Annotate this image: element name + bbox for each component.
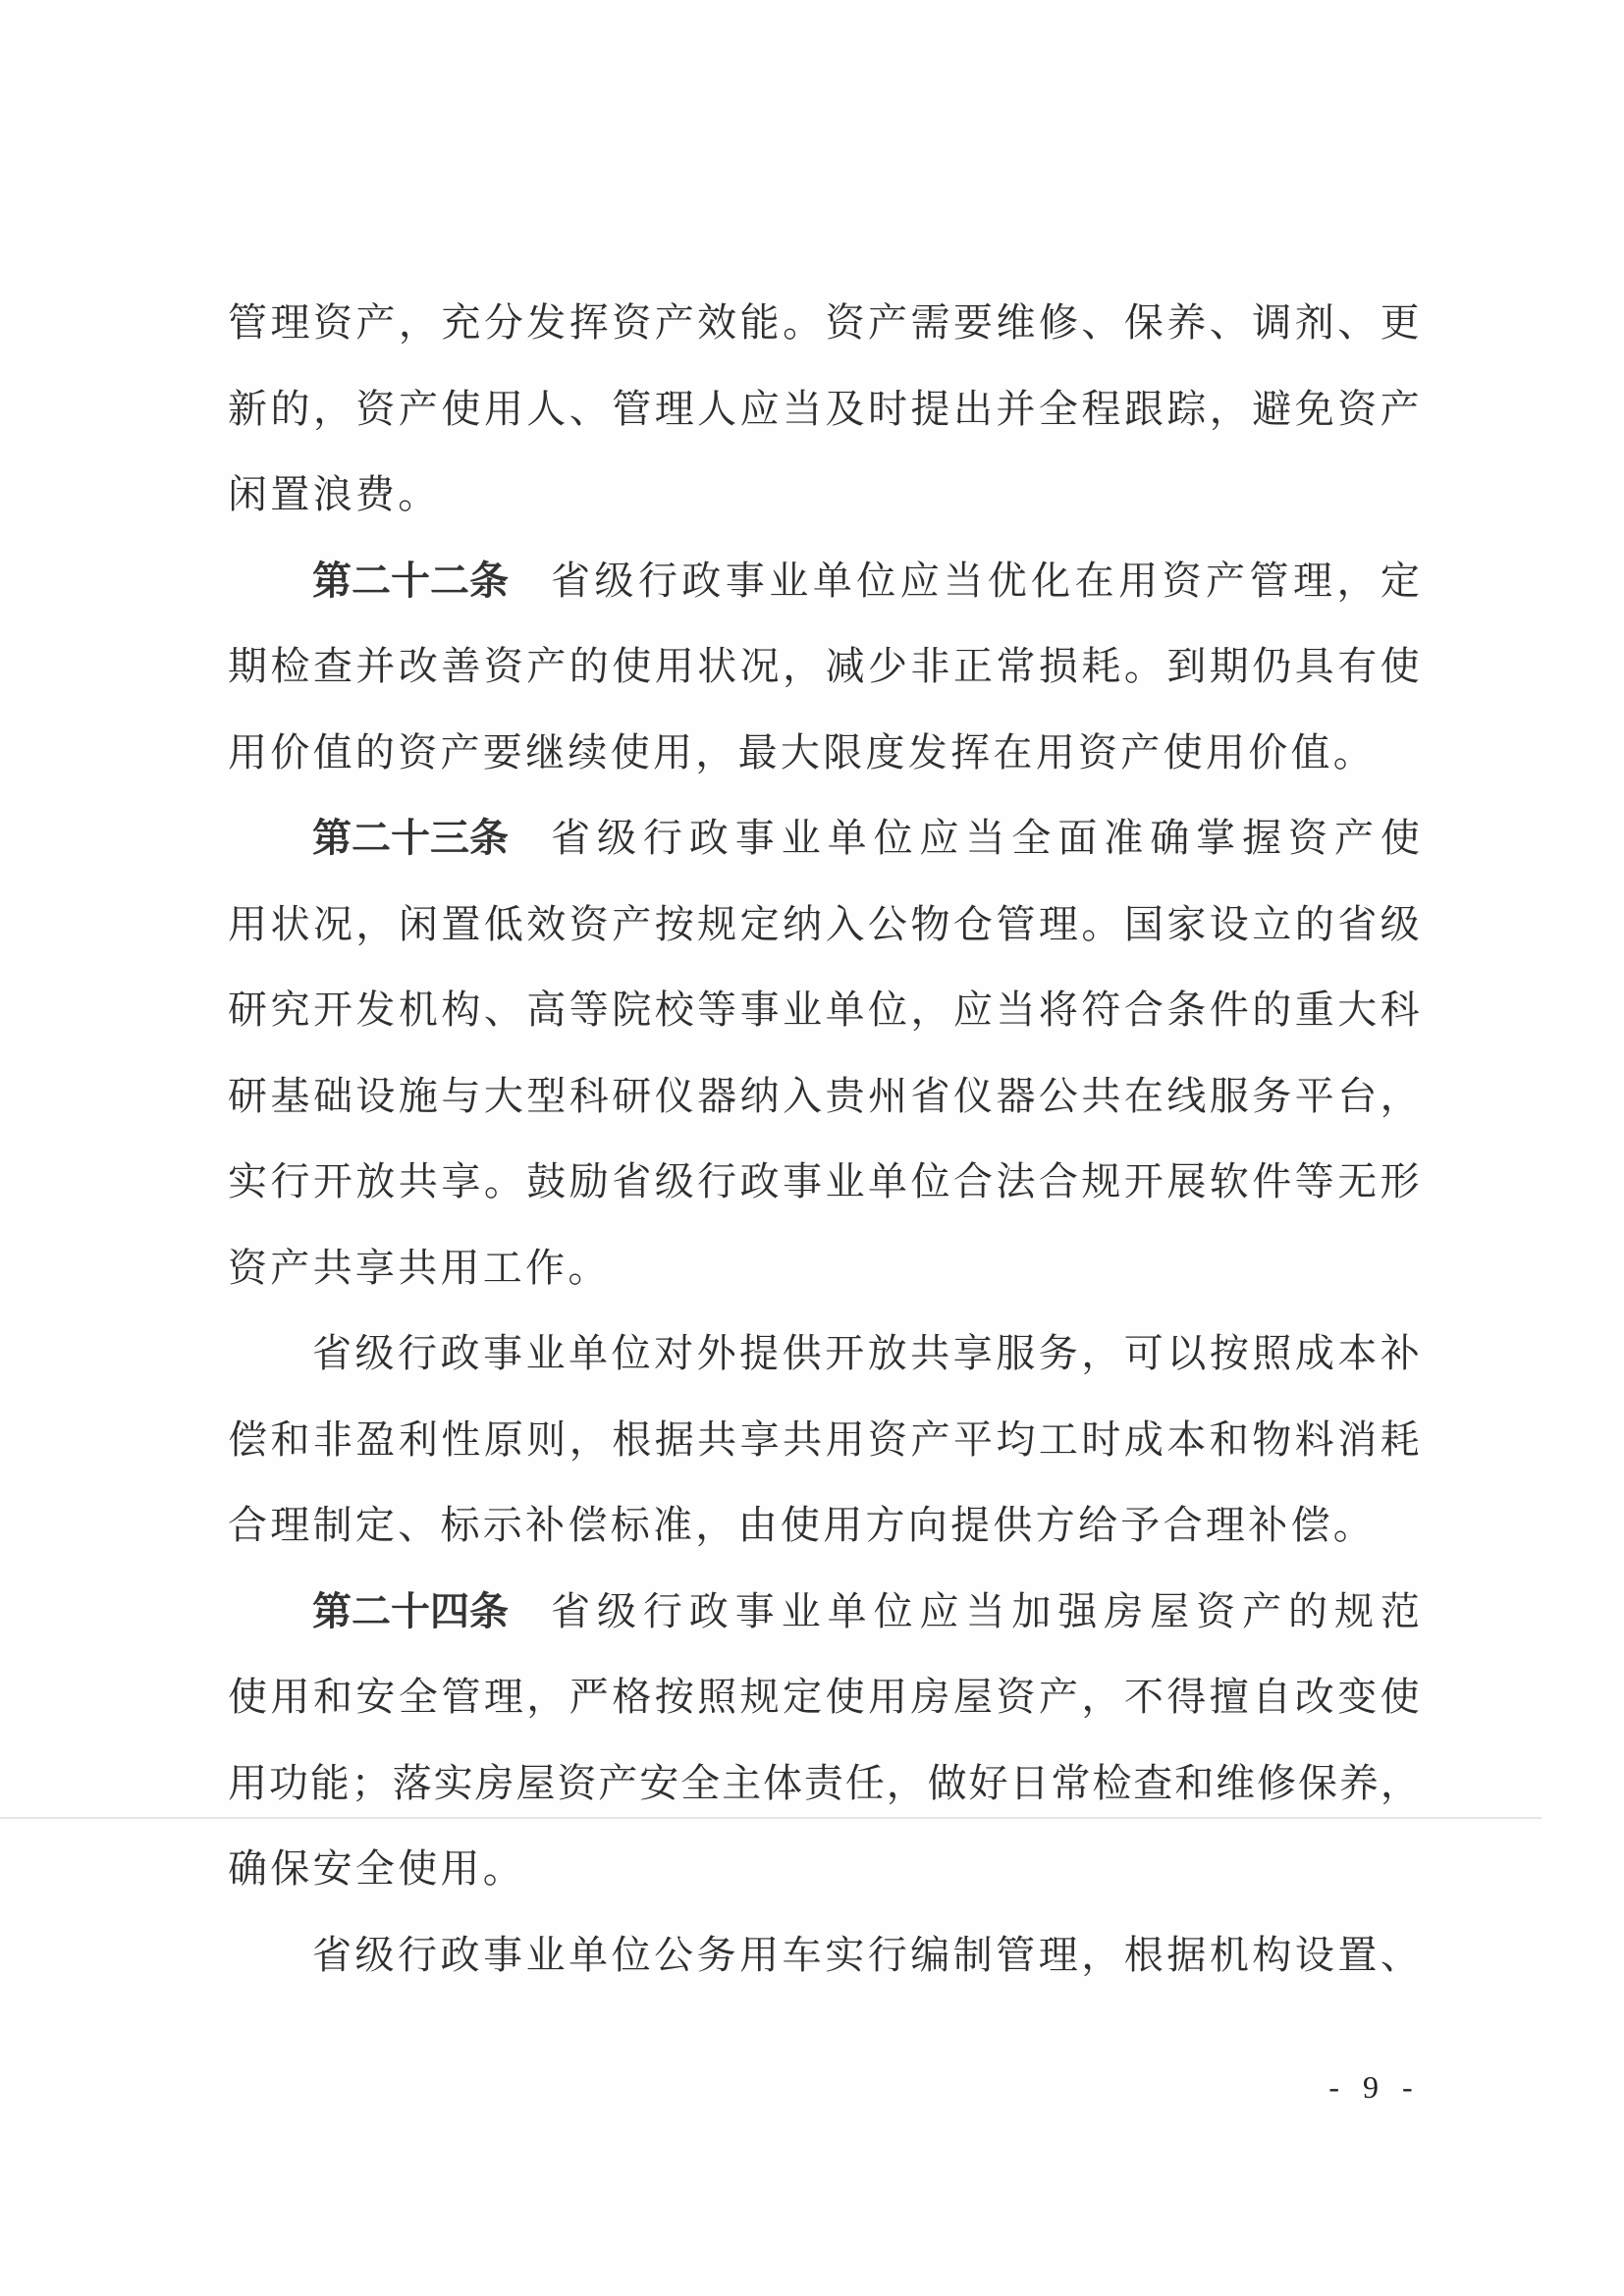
- article-number: 第二十三条: [312, 796, 509, 882]
- line-text: 使用和安全管理，严格按照规定使用房屋资产，不得擅自改变使: [228, 1655, 1420, 1741]
- text-line: 实行开放共享。鼓励省级行政事业单位合法合规开展软件等无形: [228, 1140, 1420, 1226]
- text-line: 省级行政事业单位对外提供开放共享服务，可以按照成本补: [228, 1311, 1420, 1398]
- text-line: 研基础设施与大型科研仪器纳入贵州省仪器公共在线服务平台，: [228, 1054, 1420, 1141]
- line-text: 偿和非盈利性原则，根据共享共用资产平均工时成本和物料消耗: [228, 1398, 1420, 1484]
- text-line: 确保安全使用。: [228, 1827, 1420, 1913]
- line-text: 资产共享共用工作。: [228, 1226, 611, 1312]
- line-text: 省级行政事业单位应当优化在用资产管理，定: [551, 539, 1420, 625]
- text-line: 期检查并改善资产的使用状况，减少非正常损耗。到期仍具有使: [228, 624, 1420, 711]
- line-text: 省级行政事业单位对外提供开放共享服务，可以按照成本补: [312, 1311, 1420, 1398]
- line-text: 用功能；落实房屋资产安全主体责任，做好日常检查和维修保养，: [228, 1741, 1420, 1828]
- scan-artifact-line: [0, 1817, 1542, 1819]
- article-heading-line: 第二十三条省级行政事业单位应当全面准确掌握资产使: [228, 796, 1420, 882]
- text-line: 资产共享共用工作。: [228, 1226, 1420, 1312]
- text-line: 偿和非盈利性原则，根据共享共用资产平均工时成本和物料消耗: [228, 1398, 1420, 1484]
- line-text: 用状况，闲置低效资产按规定纳入公物仓管理。国家设立的省级: [228, 882, 1420, 969]
- document-page: 管理资产，充分发挥资产效能。资产需要维修、保养、调剂、更新的，资产使用人、管理人…: [0, 0, 1624, 2296]
- article-heading-line: 第二十四条省级行政事业单位应当加强房屋资产的规范: [228, 1570, 1420, 1656]
- text-line: 用功能；落实房屋资产安全主体责任，做好日常检查和维修保养，: [228, 1741, 1420, 1828]
- text-line: 省级行政事业单位公务用车实行编制管理，根据机构设置、: [228, 1913, 1420, 2000]
- line-text: 省级行政事业单位公务用车实行编制管理，根据机构设置、: [312, 1913, 1420, 2000]
- scan-artifact-patch: [206, 2040, 685, 2185]
- text-line: 研究开发机构、高等院校等事业单位，应当将符合条件的重大科: [228, 968, 1420, 1054]
- line-text: 闲置浪费。: [228, 453, 441, 539]
- line-text: 省级行政事业单位应当全面准确掌握资产使: [551, 796, 1420, 882]
- text-line: 闲置浪费。: [228, 453, 1420, 539]
- text-line: 用状况，闲置低效资产按规定纳入公物仓管理。国家设立的省级: [228, 882, 1420, 969]
- line-text: 期检查并改善资产的使用状况，减少非正常损耗。到期仍具有使: [228, 624, 1420, 711]
- line-text: 管理资产，充分发挥资产效能。资产需要维修、保养、调剂、更: [228, 281, 1420, 367]
- line-text: 研基础设施与大型科研仪器纳入贵州省仪器公共在线服务平台，: [228, 1054, 1420, 1141]
- article-heading-line: 第二十二条省级行政事业单位应当优化在用资产管理，定: [228, 539, 1420, 625]
- line-text: 新的，资产使用人、管理人应当及时提出并全程跟踪，避免资产: [228, 367, 1420, 454]
- text-line: 新的，资产使用人、管理人应当及时提出并全程跟踪，避免资产: [228, 367, 1420, 454]
- article-number: 第二十四条: [312, 1570, 509, 1656]
- line-text: 实行开放共享。鼓励省级行政事业单位合法合规开展软件等无形: [228, 1140, 1420, 1226]
- text-line: 合理制定、标示补偿标准，由使用方向提供方给予合理补偿。: [228, 1483, 1420, 1570]
- text-line: 使用和安全管理，严格按照规定使用房屋资产，不得擅自改变使: [228, 1655, 1420, 1741]
- text-line: 管理资产，充分发挥资产效能。资产需要维修、保养、调剂、更: [228, 281, 1420, 367]
- line-text: 研究开发机构、高等院校等事业单位，应当将符合条件的重大科: [228, 968, 1420, 1054]
- body-text: 管理资产，充分发挥资产效能。资产需要维修、保养、调剂、更新的，资产使用人、管理人…: [228, 281, 1420, 1999]
- text-line: 用价值的资产要继续使用，最大限度发挥在用资产使用价值。: [228, 711, 1420, 797]
- article-number: 第二十二条: [312, 539, 509, 625]
- page-number: - 9 -: [1321, 2069, 1429, 2106]
- line-text: 确保安全使用。: [228, 1827, 525, 1913]
- line-text: 合理制定、标示补偿标准，由使用方向提供方给予合理补偿。: [228, 1483, 1376, 1570]
- line-text: 用价值的资产要继续使用，最大限度发挥在用资产使用价值。: [228, 711, 1376, 797]
- line-text: 省级行政事业单位应当加强房屋资产的规范: [551, 1570, 1420, 1656]
